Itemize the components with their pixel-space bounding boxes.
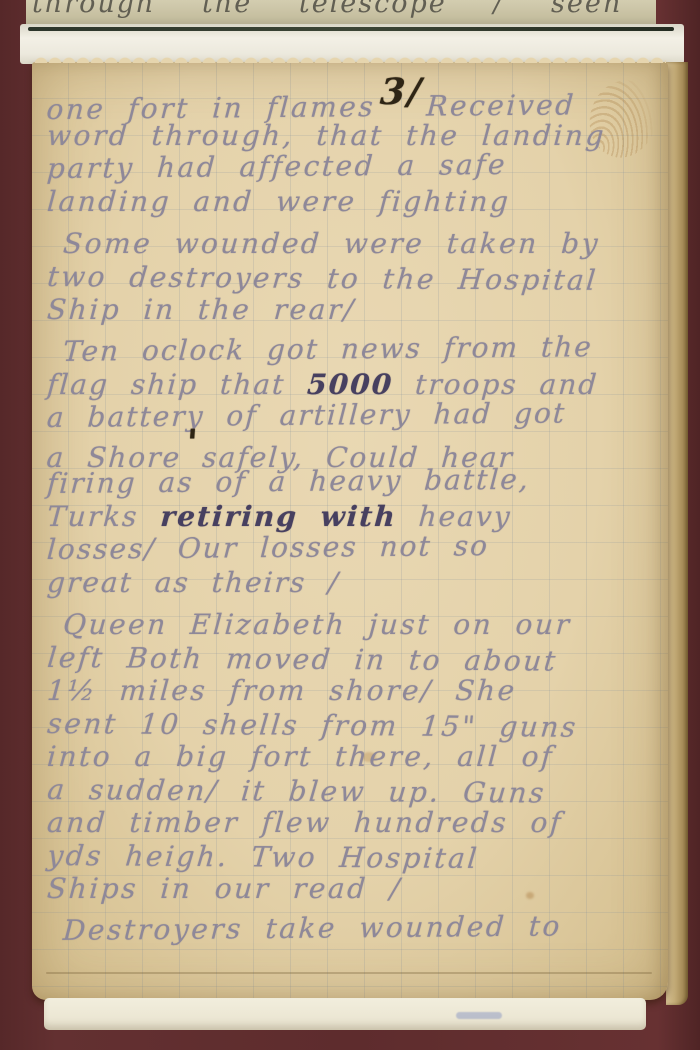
handwritten-line: a sudden/ it blew up. Guns: [46, 773, 663, 810]
handwritten-text: Destroyers take wounded to: [62, 910, 563, 947]
handwritten-text: party had affected a safe: [46, 148, 508, 185]
handwritten-text: retiring with: [159, 500, 398, 533]
handwritten-text: landing and were fighting: [46, 185, 512, 218]
handwritten-line: firing as of a heavy battle,: [46, 462, 662, 500]
handwritten-line: one fort in flames3/Received: [46, 81, 662, 119]
handwritten-line: party had affected a safe: [46, 147, 662, 185]
handwritten-line: landing and were fighting: [46, 185, 662, 218]
handwritten-text: Ship in the rear/: [46, 293, 357, 326]
handwritten-line: Queen Elizabeth just on our: [46, 608, 662, 641]
paragraph: one fort in flames3/Receivedword through…: [46, 86, 660, 218]
handwritten-line: a battery of artillery had got: [46, 396, 662, 434]
handwritten-line: 1½ miles from shore/ She: [46, 674, 662, 707]
handwritten-text: Turks: [46, 500, 162, 533]
handwritten-text: Received: [426, 88, 577, 122]
handwritten-text: and timber flew hundreds of: [46, 806, 564, 839]
handwritten-text: flag ship that: [46, 368, 308, 401]
handwritten-text: ': [181, 422, 205, 464]
handwritten-text: 1½ miles from shore/ She: [46, 674, 518, 707]
page-bottom-rule: [46, 972, 652, 974]
handwritten-line: sent 10 shells from 15" guns: [46, 707, 663, 744]
underlying-page: [44, 998, 646, 1030]
handwritten-line: losses/ Our losses not so: [46, 528, 662, 566]
handwritten-line: into a big fort there, all of: [46, 740, 662, 773]
handwritten-text: into a big fort there, all of: [46, 740, 555, 773]
handwritten-text: sent 10 shells from 15" guns: [46, 707, 579, 744]
handwritten-text: Queen Elizabeth just on our: [62, 608, 573, 641]
handwritten-text: 5000: [306, 368, 394, 401]
handwritten-text: left Both moved in to about: [46, 641, 559, 678]
paragraph: Some wounded were taken bytwo destroyers…: [46, 227, 660, 326]
handwritten-text: great as theirs /: [46, 566, 341, 599]
handwritten-line: two destroyers to the Hospital: [46, 260, 663, 297]
handwritten-line: yds heigh. Two Hospital: [46, 839, 663, 876]
handwritten-line: Ten oclock got news from the: [46, 330, 662, 368]
handwritten-line: Ships in our read /: [46, 872, 662, 905]
handwritten-text: yds heigh. Two Hospital: [46, 839, 480, 875]
handwritten-line: great as theirs /: [46, 566, 662, 599]
notebook-page: one fort in flames3/Receivedword through…: [32, 62, 668, 1000]
page-stack-edge: [666, 62, 688, 1005]
handwritten-text: losses/ Our losses not so: [46, 529, 490, 566]
handwritten-line: Destroyers take wounded to: [46, 909, 662, 947]
previous-page-text: through the telescope / seen: [32, 0, 656, 19]
handwritten-text: a battery of artillery had got: [46, 396, 567, 434]
notebook-scan: through the telescope / seen one fort in…: [0, 0, 700, 1050]
previous-page-edge: through the telescope / seen: [26, 0, 656, 24]
handwritten-line: and timber flew hundreds of: [46, 806, 662, 839]
handwritten-line: Some wounded were taken by: [46, 227, 662, 260]
handwritten-text: Ten oclock got news from the: [62, 330, 594, 368]
diary-entry: one fort in flames3/Receivedword through…: [46, 86, 660, 956]
paragraph: Queen Elizabeth just on ourleft Both mov…: [46, 608, 660, 905]
handwritten-text: Some wounded were taken by: [62, 227, 601, 260]
handwritten-text: two destroyers to the Hospital: [46, 260, 599, 297]
handwritten-text: Ships in our read /: [46, 872, 403, 905]
handwritten-line: left Both moved in to about: [46, 641, 663, 678]
handwritten-text: heavy: [396, 500, 513, 533]
handwritten-text: a sudden/ it blew up. Guns: [46, 773, 548, 809]
paragraph: Destroyers take wounded to: [46, 914, 660, 947]
handwritten-line: Ship in the rear/: [46, 293, 662, 326]
handwritten-text: firing as of a heavy battle,: [46, 463, 531, 500]
page-number: 3/: [375, 71, 429, 113]
ink-speck: [456, 1012, 502, 1019]
paragraph: Ten oclock got news from theflag ship th…: [46, 335, 660, 599]
